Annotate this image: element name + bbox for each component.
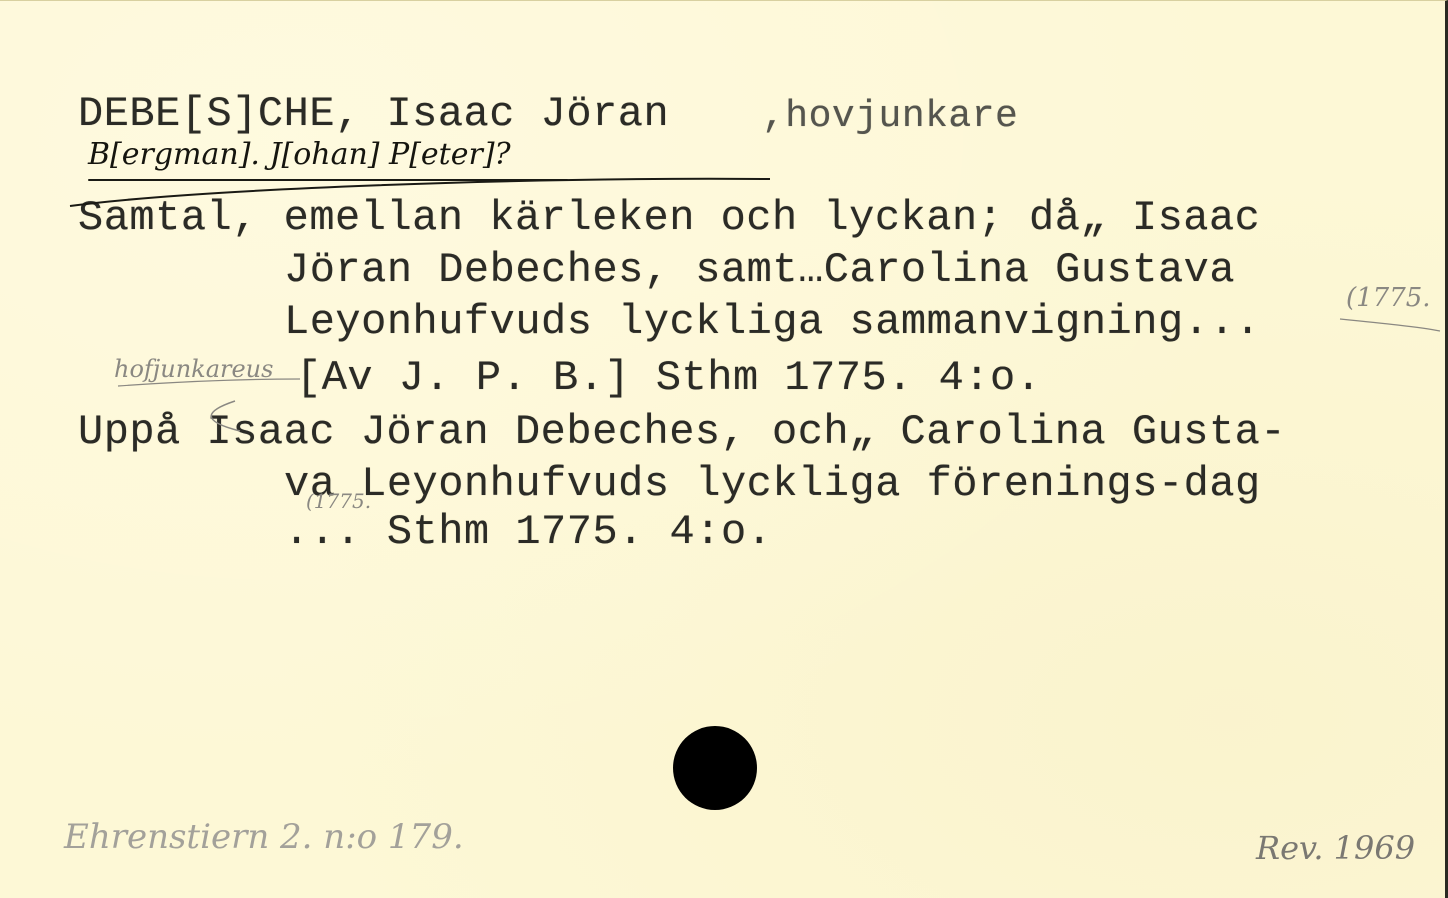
entry-1-line-3: Leyonhufvuds lyckliga sammanvigning... <box>284 301 1261 343</box>
punch-hole <box>673 726 757 810</box>
entry-1-margin-note-left: hofjunkareus <box>114 355 273 383</box>
heading-name: DEBE[S]CHE, Isaac Jöran <box>78 93 669 135</box>
entry-1-line-4: [Av J. P. B.] Sthm 1775. 4:o. <box>296 357 1041 399</box>
heading-title: ,hovjunkare <box>762 98 1018 136</box>
entry-1-line-1: Samtal, emellan kärleken och lyckan; då„… <box>78 197 1260 239</box>
entry-2-margin-note-left: (1775. <box>306 489 371 513</box>
catalog-card: DEBE[S]CHE, Isaac Jöran ,hovjunkare B[er… <box>0 0 1448 898</box>
entry-2-line-1: Uppå Isaac Jöran Debeches, och„ Carolina… <box>78 411 1286 453</box>
attribution-underline <box>88 179 568 181</box>
entry-2-line-2: va Leyonhufvuds lyckliga förenings-dag <box>284 463 1261 505</box>
entry-1-margin-note-right: (1775. <box>1346 283 1431 313</box>
provenance-note: Ehrenstiern 2. n:o 179. <box>64 817 464 857</box>
attribution-handwritten: B[ergman]. J[ohan] P[eter]? <box>88 137 511 172</box>
entry-2-line-3: ... Sthm 1775. 4:o. <box>284 511 772 553</box>
entry-1-line-2: Jöran Debeches, samt…Carolina Gustava <box>284 249 1235 291</box>
revision-note: Rev. 1969 <box>1256 829 1415 867</box>
